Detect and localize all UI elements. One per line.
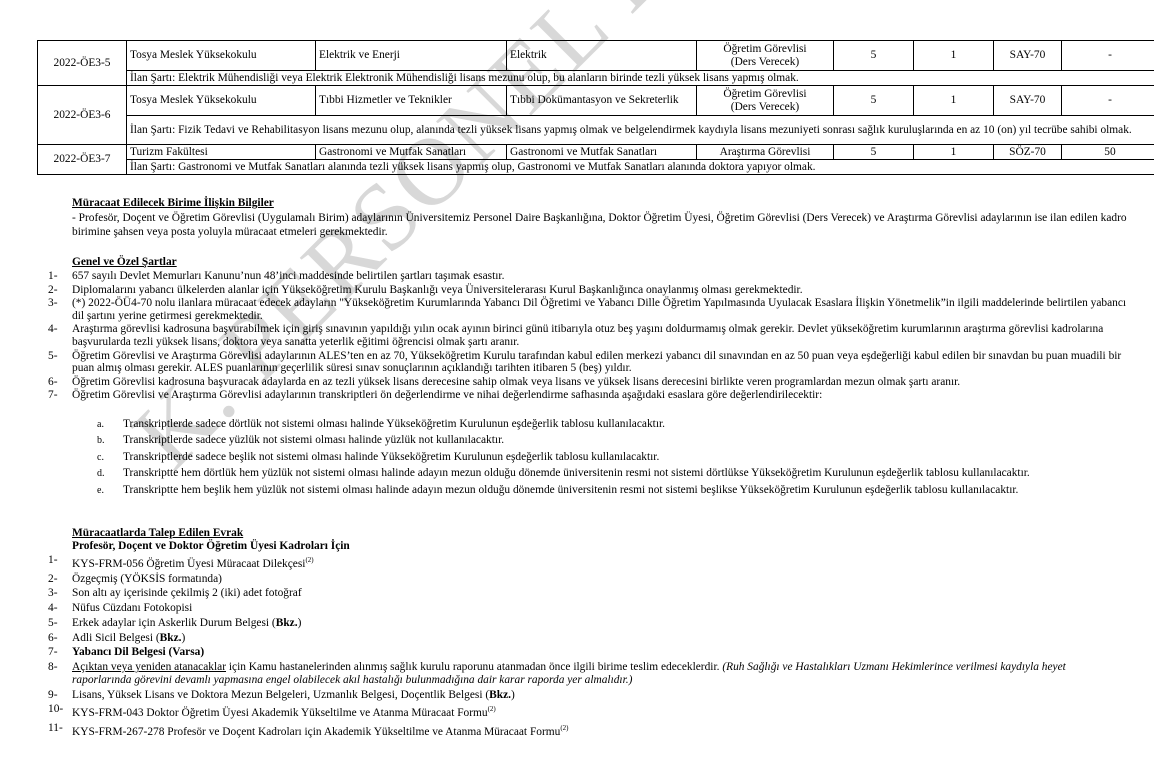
item-number: 10-	[48, 703, 63, 716]
item-number: 1-	[48, 554, 58, 567]
item-text: Transkriptlerde sadece beşlik not sistem…	[123, 451, 659, 463]
item-underline: Açıktan veya yeniden atanacaklar	[72, 661, 226, 673]
item-letter: c.	[97, 451, 104, 464]
count-cell: 1	[914, 41, 994, 71]
item-number: 6-	[48, 632, 58, 645]
program-cell: Tıbbi Dokümantasyon ve Sekreterlik	[507, 86, 697, 116]
program-cell: Gastronomi ve Mutfak Sanatları	[507, 145, 697, 160]
item-bold: Bkz.	[160, 632, 182, 644]
department-cell: Elektrik ve Enerji	[316, 41, 507, 71]
document-item: 8-Açıktan veya yeniden atanacaklar için …	[48, 661, 1128, 686]
item-bold: Bkz.	[489, 689, 511, 701]
condition-cell: İlan Şartı: Fizik Tedavi ve Rehabilitasy…	[127, 116, 1154, 145]
condition-item: 1-657 sayılı Devlet Memurları Kanunu’nun…	[48, 270, 1128, 283]
item-number: 5-	[48, 350, 58, 363]
item-text: Nüfus Cüzdanı Fotokopisi	[72, 602, 192, 614]
document-item: 6-Adli Sicil Belgesi (Bkz.)	[48, 632, 1128, 645]
transcript-rule: b.Transkriptlerde sadece yüzlük not sist…	[97, 434, 1117, 447]
document-item: 11-KYS-FRM-267-278 Profesör ve Doçent Ka…	[48, 722, 1128, 738]
department-cell: Tıbbi Hizmetler ve Teknikler	[316, 86, 507, 116]
degree-cell: 5	[834, 41, 914, 71]
item-number: 3-	[48, 297, 58, 310]
documents-list: 1-KYS-FRM-056 Öğretim Üyesi Müracaat Dil…	[48, 554, 1128, 741]
item-number: 9-	[48, 689, 58, 702]
item-number: 11-	[48, 722, 63, 735]
item-text: KYS-FRM-043 Doktor Öğretim Üyesi Akademi…	[72, 707, 496, 719]
item-number: 2-	[48, 284, 58, 297]
item-number: 4-	[48, 602, 58, 615]
item-text: Son altı ay içerisinde çekilmiş 2 (iki) …	[72, 587, 302, 599]
condition-item: 5-Öğretim Görevlisi ve Araştırma Görevli…	[48, 350, 1128, 375]
item-text: Adli Sicil Belgesi (Bkz.)	[72, 632, 185, 644]
document-item: 5-Erkek adaylar için Askerlik Durum Belg…	[48, 617, 1128, 630]
transcript-rule: c.Transkriptlerde sadece beşlik not sist…	[97, 451, 1117, 464]
item-text: Transkriptte hem beşlik hem yüzlük not s…	[123, 484, 1018, 496]
condition-item: 2-Diplomalarını yabancı ülkelerden alanl…	[48, 284, 1128, 297]
transcript-rule: e.Transkriptte hem beşlik hem yüzlük not…	[97, 484, 1117, 497]
item-text: Özgeçmiş (YÖKSİS formatında)	[72, 573, 222, 585]
count-cell: 1	[914, 86, 994, 116]
program-cell: Elektrik	[507, 41, 697, 71]
footnote-ref: (2)	[560, 724, 568, 732]
unit-cell: Tosya Meslek Yüksekokulu	[127, 41, 316, 71]
item-text: Lisans, Yüksek Lisans ve Doktora Mezun B…	[72, 689, 515, 701]
ales-cell: SAY-70	[994, 41, 1062, 71]
language-cell: -	[1062, 41, 1154, 71]
item-text: KYS-FRM-056 Öğretim Üyesi Müracaat Dilek…	[72, 558, 314, 570]
condition-cell: İlan Şartı: Elektrik Mühendisliği veya E…	[127, 71, 1154, 86]
item-text: Araştırma görevlisi kadrosuna başvurabil…	[72, 323, 1103, 348]
item-letter: b.	[97, 434, 105, 447]
title-line: (Ders Verecek)	[700, 101, 830, 114]
item-number: 7-	[48, 389, 58, 402]
condition-cell: İlan Şartı: Gastronomi ve Mutfak Sanatla…	[127, 160, 1154, 175]
condition-row: İlan Şartı: Fizik Tedavi ve Rehabilitasy…	[38, 116, 1154, 145]
department-cell: Gastronomi ve Mutfak Sanatları	[316, 145, 507, 160]
title-line: Öğretim Görevlisi	[700, 43, 830, 56]
position-code: 2022-ÖE3-5	[38, 41, 127, 86]
item-bold: Bkz.	[276, 617, 298, 629]
condition-row: İlan Şartı: Elektrik Mühendisliği veya E…	[38, 71, 1154, 86]
item-number: 2-	[48, 573, 58, 586]
item-number: 6-	[48, 376, 58, 389]
ales-cell: SAY-70	[994, 86, 1062, 116]
item-text: (*) 2022-ÖÜ4-70 nolu ilanlara müracaat e…	[72, 297, 1126, 322]
conditions-heading: Genel ve Özel Şartlar	[72, 256, 177, 268]
footnote-ref: (2)	[488, 705, 496, 713]
item-text: Öğretim Görevlisi ve Araştırma Görevlisi…	[72, 389, 822, 401]
title-cell: Öğretim Görevlisi(Ders Verecek)	[697, 86, 834, 116]
title-cell: Öğretim Görevlisi(Ders Verecek)	[697, 41, 834, 71]
language-cell: -	[1062, 86, 1154, 116]
document-item: 3-Son altı ay içerisinde çekilmiş 2 (iki…	[48, 587, 1128, 600]
item-text: Transkriptlerde sadece dörtlük not siste…	[123, 418, 665, 430]
documents-subheading: Profesör, Doçent ve Doktor Öğretim Üyesi…	[72, 540, 350, 552]
item-bold: Yabancı Dil Belgesi (Varsa)	[72, 646, 204, 658]
item-text: KYS-FRM-267-278 Profesör ve Doçent Kadro…	[72, 726, 569, 738]
item-text: Transkriptlerde sadece yüzlük not sistem…	[123, 434, 504, 446]
degree-cell: 5	[834, 86, 914, 116]
count-cell: 1	[914, 145, 994, 160]
condition-row: İlan Şartı: Gastronomi ve Mutfak Sanatla…	[38, 160, 1154, 175]
document-item: 2-Özgeçmiş (YÖKSİS formatında)	[48, 573, 1128, 586]
condition-item: 7-Öğretim Görevlisi ve Araştırma Görevli…	[48, 389, 1128, 402]
title-cell: Araştırma Görevlisi	[697, 145, 834, 160]
item-text: Öğretim Görevlisi kadrosuna başvuracak a…	[72, 376, 960, 388]
document-item: 1-KYS-FRM-056 Öğretim Üyesi Müracaat Dil…	[48, 554, 1128, 570]
item-letter: a.	[97, 418, 104, 431]
condition-item: 3-(*) 2022-ÖÜ4-70 nolu ilanlara müracaat…	[48, 297, 1128, 322]
document-item: 7-Yabancı Dil Belgesi (Varsa)	[48, 646, 1128, 659]
footnote-ref: (2)	[305, 556, 313, 564]
item-letter: d.	[97, 467, 105, 480]
documents-heading: Müracaatlarda Talep Edilen Evrak	[72, 527, 243, 539]
conditions-list: 1-657 sayılı Devlet Memurları Kanunu’nun…	[48, 270, 1128, 403]
item-text: Diplomalarını yabancı ülkelerden alanlar…	[72, 284, 803, 296]
degree-cell: 5	[834, 145, 914, 160]
item-number: 4-	[48, 323, 58, 336]
title-line: (Ders Verecek)	[700, 56, 830, 69]
item-text: Transkriptte hem dörtlük hem yüzlük not …	[123, 467, 1030, 479]
table-row: 2022-ÖE3-7Turizm FakültesiGastronomi ve …	[38, 145, 1154, 160]
application-unit-text: - Profesör, Doçent ve Öğretim Görevlisi …	[72, 211, 1132, 239]
title-line: Araştırma Görevlisi	[700, 146, 830, 159]
item-text: Açıktan veya yeniden atanacaklar için Ka…	[72, 661, 1066, 686]
item-text: 657 sayılı Devlet Memurları Kanunu’nun 4…	[72, 270, 504, 282]
position-code: 2022-ÖE3-6	[38, 86, 127, 145]
application-unit-heading: Müracaat Edilecek Birime İlişkin Bilgile…	[72, 197, 274, 209]
title-line: Öğretim Görevlisi	[700, 88, 830, 101]
unit-cell: Turizm Fakültesi	[127, 145, 316, 160]
item-number: 3-	[48, 587, 58, 600]
item-text: Erkek adaylar için Askerlik Durum Belges…	[72, 617, 301, 629]
document-item: 10-KYS-FRM-043 Doktor Öğretim Üyesi Akad…	[48, 703, 1128, 719]
item-letter: e.	[97, 484, 104, 497]
table-row: 2022-ÖE3-6Tosya Meslek YüksekokuluTıbbi …	[38, 86, 1154, 116]
unit-cell: Tosya Meslek Yüksekokulu	[127, 86, 316, 116]
transcript-rule: d.Transkriptte hem dörtlük hem yüzlük no…	[97, 467, 1117, 480]
document-item: 4-Nüfus Cüzdanı Fotokopisi	[48, 602, 1128, 615]
item-text: Yabancı Dil Belgesi (Varsa)	[72, 646, 204, 658]
item-number: 8-	[48, 661, 58, 674]
ales-cell: SÖZ-70	[994, 145, 1062, 160]
positions-table: 2022-ÖE3-5Tosya Meslek YüksekokuluElektr…	[37, 40, 1154, 175]
position-code: 2022-ÖE3-7	[38, 145, 127, 175]
document-item: 9-Lisans, Yüksek Lisans ve Doktora Mezun…	[48, 689, 1128, 702]
transcript-rule: a.Transkriptlerde sadece dörtlük not sis…	[97, 418, 1117, 431]
item-number: 5-	[48, 617, 58, 630]
language-cell: 50	[1062, 145, 1154, 160]
item-number: 1-	[48, 270, 58, 283]
transcript-rules-list: a.Transkriptlerde sadece dörtlük not sis…	[97, 418, 1117, 500]
item-number: 7-	[48, 646, 58, 659]
table-row: 2022-ÖE3-5Tosya Meslek YüksekokuluElektr…	[38, 41, 1154, 71]
item-text: Öğretim Görevlisi ve Araştırma Görevlisi…	[72, 350, 1121, 375]
condition-item: 4-Araştırma görevlisi kadrosuna başvurab…	[48, 323, 1128, 348]
condition-item: 6-Öğretim Görevlisi kadrosuna başvuracak…	[48, 376, 1128, 389]
